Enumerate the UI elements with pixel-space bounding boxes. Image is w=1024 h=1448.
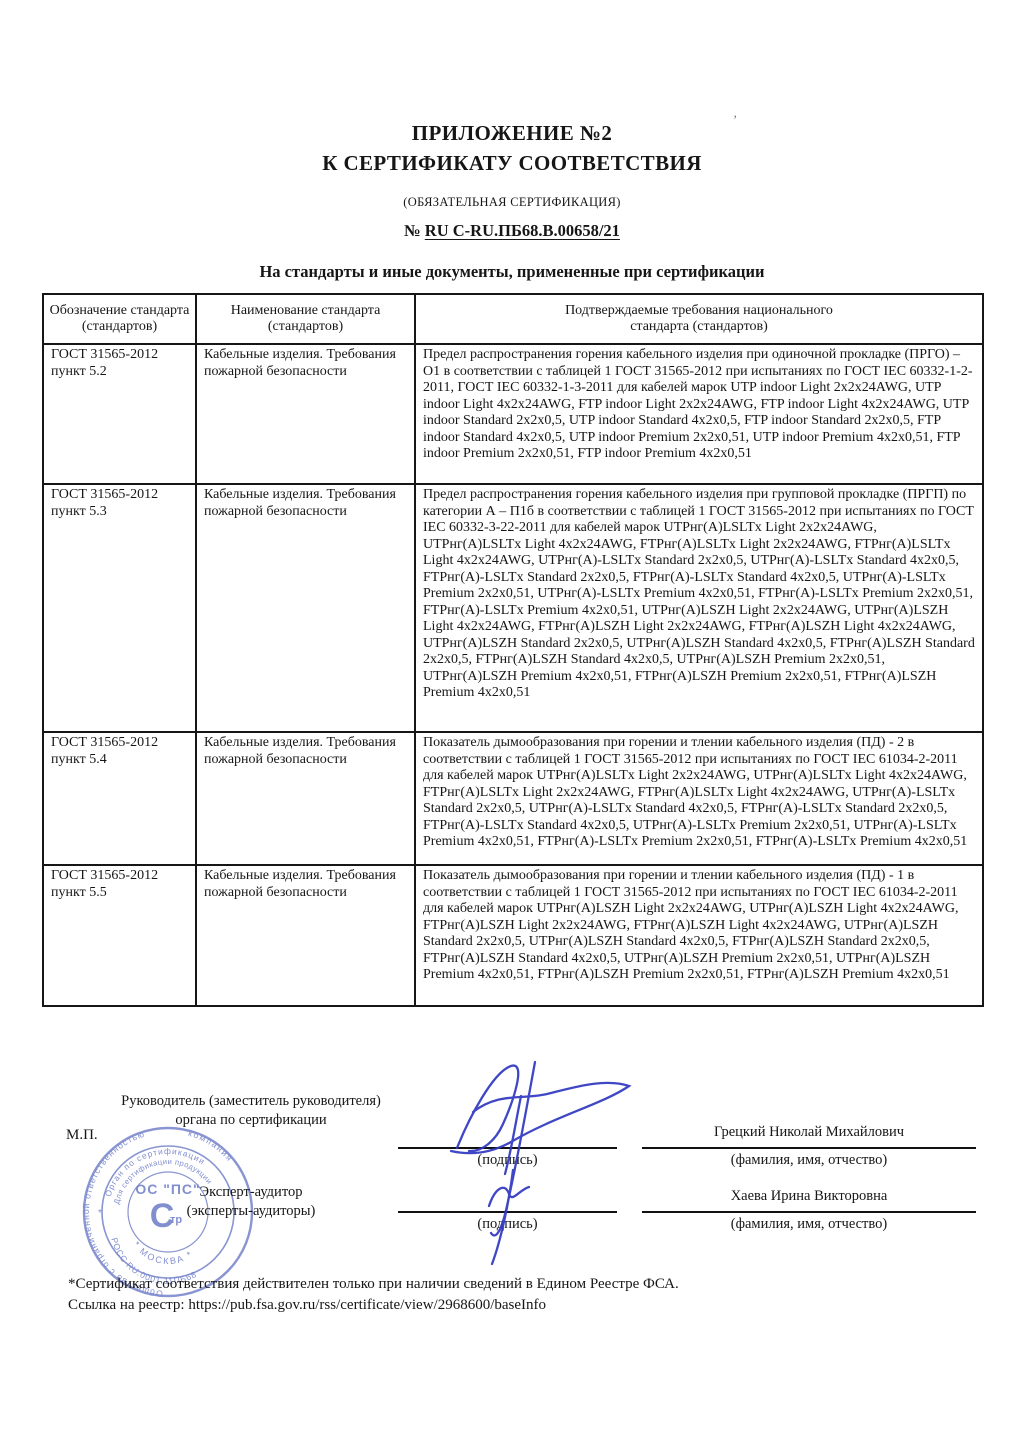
registry-url: https://pub.fsa.gov.ru/rss/certificate/v… (188, 1297, 546, 1313)
column-header-designation: Обозначение стандарта (стандартов) (43, 294, 196, 344)
document-header: ПРИЛОЖЕНИЕ №2 К СЕРТИФИКАТУ СООТВЕТСТВИЯ… (0, 118, 1024, 282)
expert-role-label: Эксперт-аудитор (эксперты-аудиторы) (112, 1183, 390, 1221)
cell-standard-name: Кабельные изделия. Требования пожарной б… (196, 484, 415, 732)
column-header-name: Наименование стандарта (стандартов) (196, 294, 415, 344)
table-row: ГОСТ 31565-2012 пункт 5.2 Кабельные изде… (43, 344, 983, 484)
number-sign: № (404, 221, 421, 240)
svg-text:компания: компания (187, 1128, 235, 1164)
head-role-title: Руководитель (121, 1093, 209, 1109)
cell-designation: ГОСТ 31565-2012 пункт 5.3 (43, 484, 196, 732)
expert-name-caption: (фамилия, имя, отчество) (642, 1216, 976, 1233)
head-name-caption: (фамилия, имя, отчество) (642, 1152, 976, 1169)
expert-role-subtitle: (эксперты-аудиторы) (112, 1202, 390, 1221)
expert-signature-caption: (подпись) (398, 1216, 617, 1233)
expert-role-title: Эксперт-аудитор (112, 1183, 390, 1202)
cell-designation: ГОСТ 31565-2012 пункт 5.2 (43, 344, 196, 484)
column-header-requirements: Подтверждаемые требования национального … (415, 294, 983, 344)
validity-note: *Сертификат соответствия действителен то… (68, 1274, 679, 1295)
stamp-city-text: * МОСКВА * (131, 1240, 195, 1266)
cell-requirements: Предел распространения горения кабельног… (415, 484, 983, 732)
scan-artifact: ’ (733, 112, 737, 128)
table-row: ГОСТ 31565-2012 пункт 5.5 Кабельные изде… (43, 865, 983, 1006)
expert-name: Хаева Ирина Викторовна (642, 1188, 976, 1213)
table-row: ГОСТ 31565-2012 пункт 5.4 Кабельные изде… (43, 732, 983, 865)
registry-link-label: Ссылка на реестр: (68, 1297, 185, 1313)
cell-requirements: Показатель дымообразования при горении и… (415, 865, 983, 1006)
cell-requirements: Предел распространения горения кабельног… (415, 344, 983, 484)
standards-table: Обозначение стандарта (стандартов) Наиме… (42, 293, 984, 1007)
certificate-appendix-page: ПРИЛОЖЕНИЕ №2 К СЕРТИФИКАТУ СООТВЕТСТВИЯ… (0, 0, 1024, 1448)
table-row: ГОСТ 31565-2012 пункт 5.3 Кабельные изде… (43, 484, 983, 732)
cell-standard-name: Кабельные изделия. Требования пожарной б… (196, 344, 415, 484)
svg-text:* МОСКВА *: * МОСКВА * (131, 1240, 195, 1266)
cell-designation: ГОСТ 31565-2012 пункт 5.5 (43, 865, 196, 1006)
head-role-label: Руководитель (заместитель руководителя) … (112, 1092, 390, 1130)
stamp-place-label: М.П. (66, 1127, 98, 1144)
registry-link-line: Ссылка на реестр: https://pub.fsa.gov.ru… (68, 1295, 679, 1316)
stamp-outer-ring-right-text: компания (187, 1128, 235, 1164)
cell-standard-name: Кабельные изделия. Требования пожарной б… (196, 732, 415, 865)
stamp-star-left: * (98, 1208, 102, 1219)
table-header-row: Обозначение стандарта (стандартов) Наиме… (43, 294, 983, 344)
cell-standard-name: Кабельные изделия. Требования пожарной б… (196, 865, 415, 1006)
appendix-title: ПРИЛОЖЕНИЕ №2 (0, 118, 1024, 148)
cell-requirements: Показатель дымообразования при горении и… (415, 732, 983, 865)
certificate-number: RU C-RU.ПБ68.В.00658/21 (425, 221, 620, 240)
section-title: На стандарты и иные документы, примененн… (0, 262, 1024, 282)
certification-type-label: (ОБЯЗАТЕЛЬНАЯ СЕРТИФИКАЦИЯ) (0, 195, 1024, 210)
head-signature-line (398, 1128, 617, 1149)
head-signature-caption: (подпись) (398, 1152, 617, 1169)
certificate-title: К СЕРТИФИКАТУ СООТВЕТСТВИЯ (0, 148, 1024, 178)
certificate-number-line: № RU C-RU.ПБ68.В.00658/21 (0, 221, 1024, 241)
cell-designation: ГОСТ 31565-2012 пункт 5.4 (43, 732, 196, 865)
expert-signature-line (398, 1192, 617, 1213)
footer-note-block: *Сертификат соответствия действителен то… (68, 1274, 679, 1316)
head-name: Грецкий Николай Михайлович (642, 1124, 976, 1149)
